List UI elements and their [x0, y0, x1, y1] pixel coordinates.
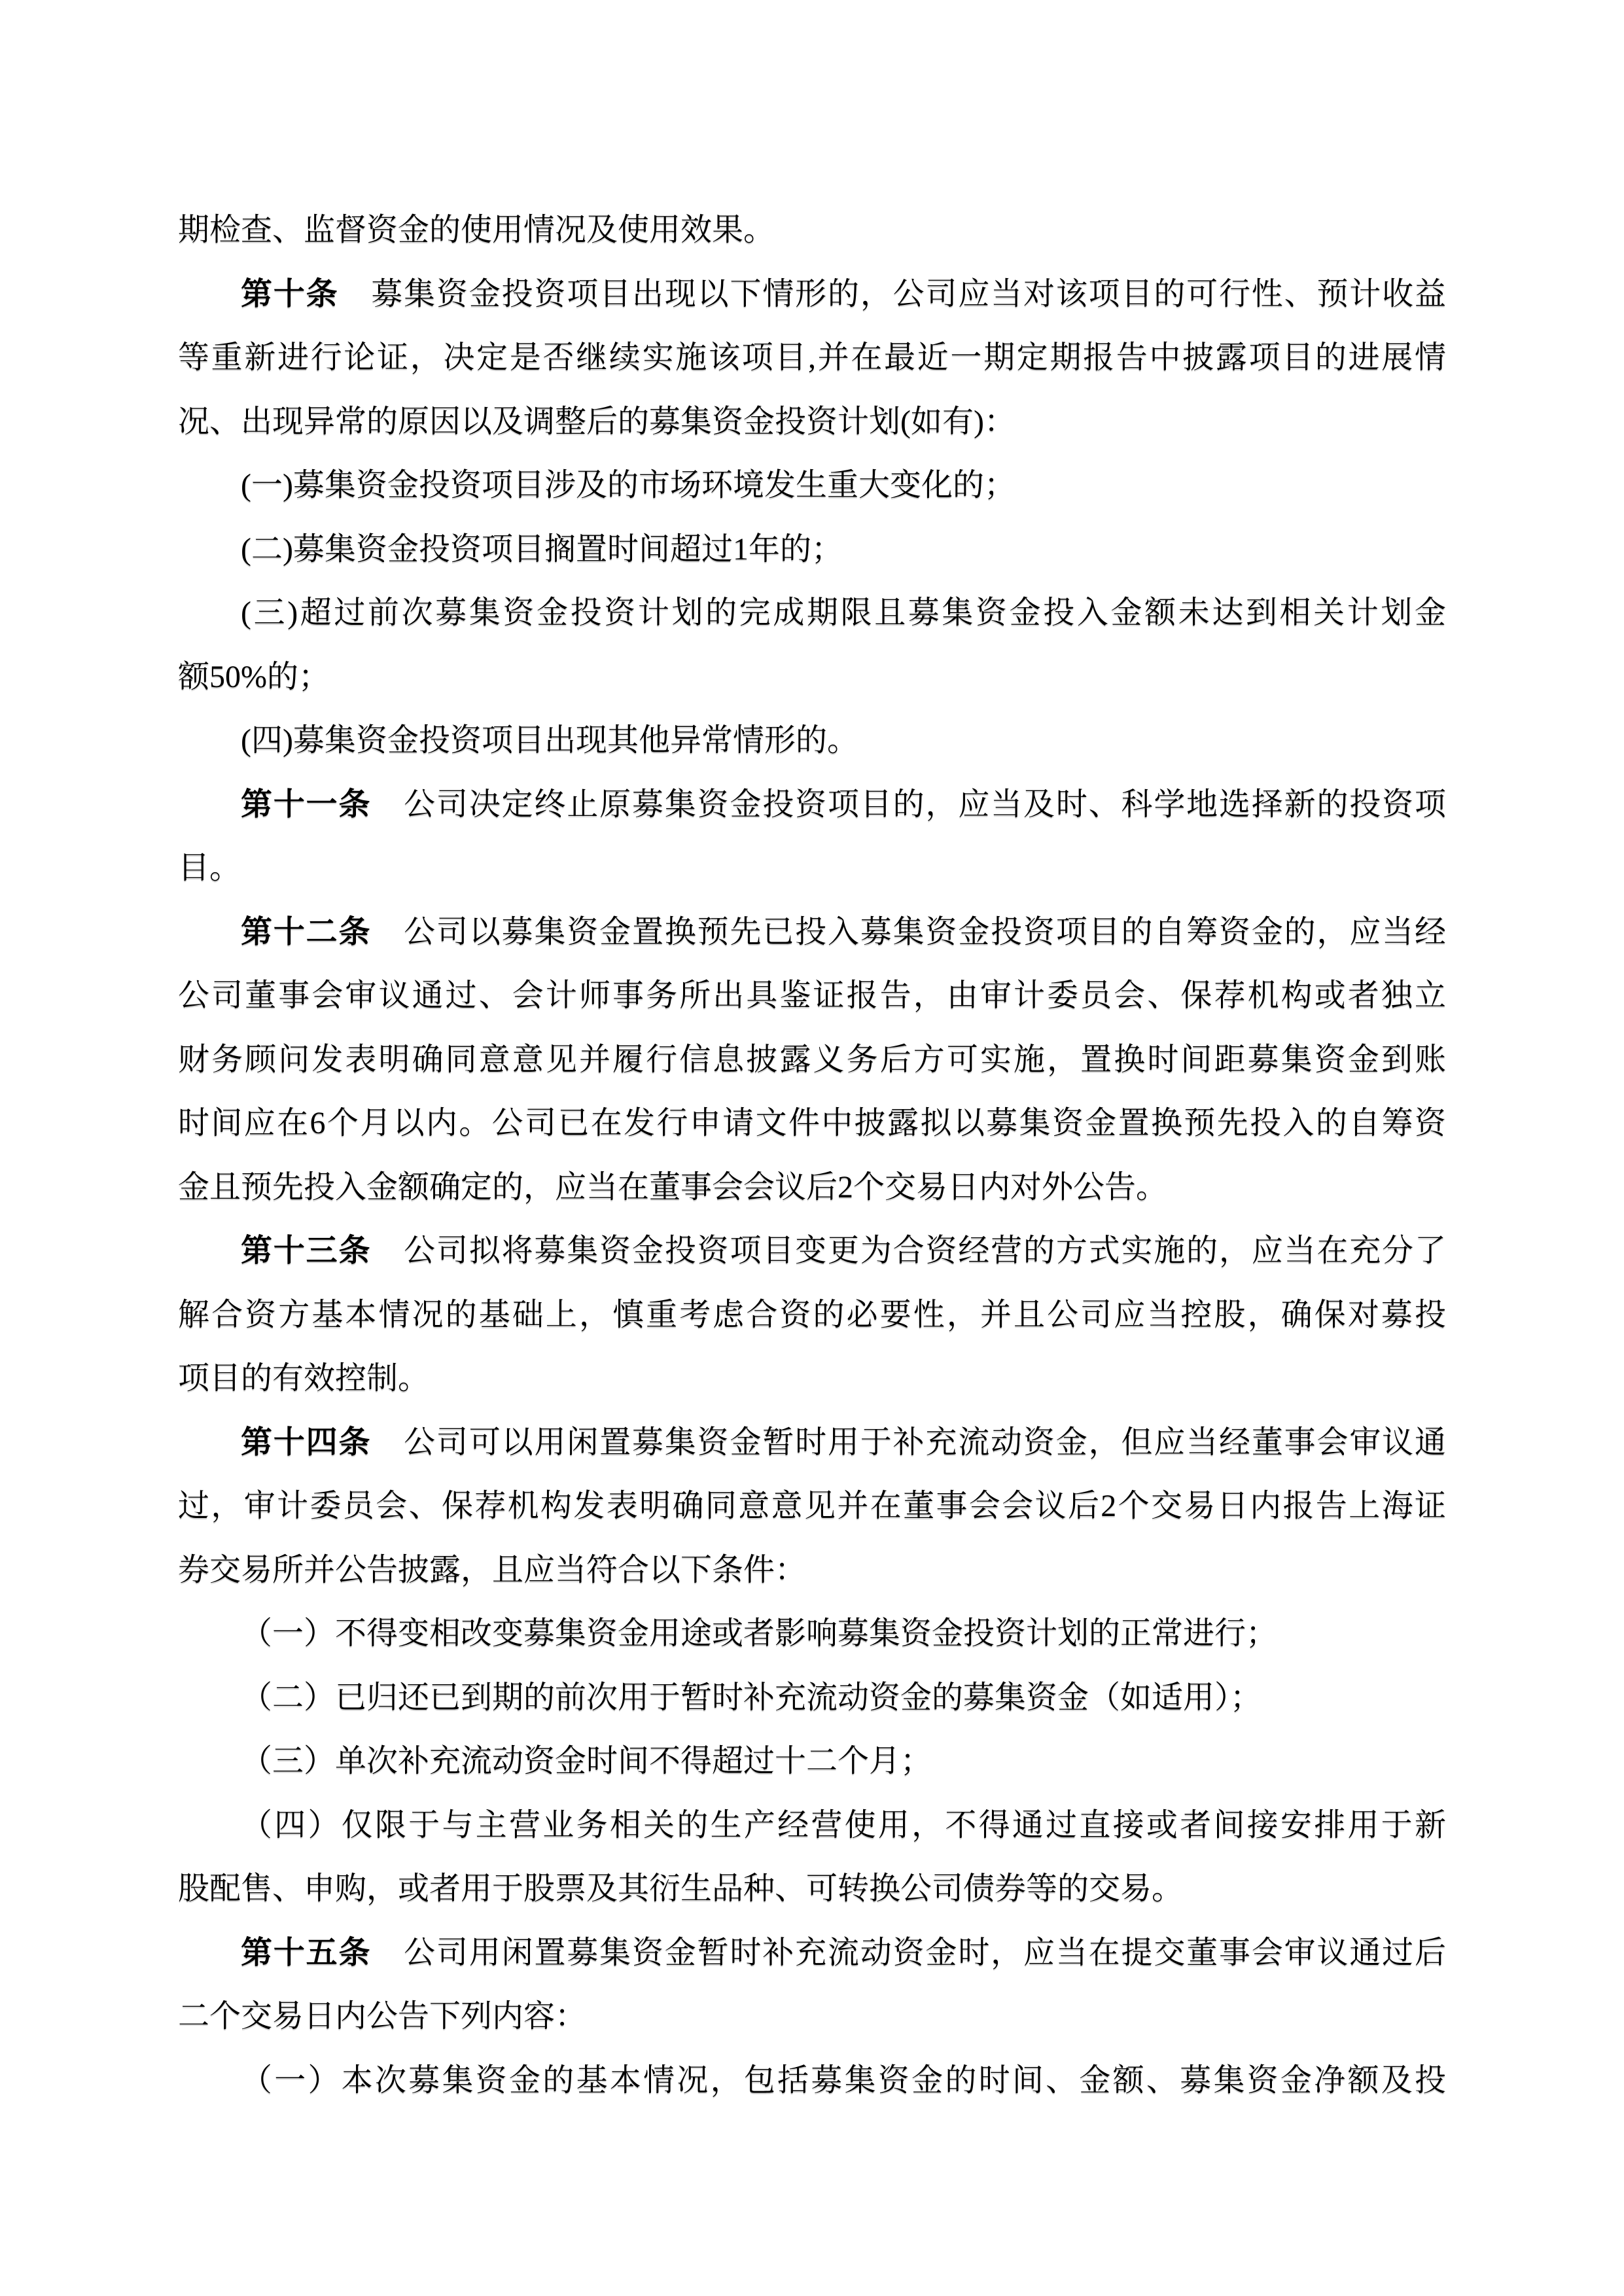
text-line: 第十条 募集资金投资项目出现以下情形的，公司应当对该项目的可行性、预计收益	[178, 262, 1446, 327]
line-text: （三）单次补充流动资金时间不得超过十二个月；	[241, 1744, 932, 1778]
line-text: 股配售、申购，或者用于股票及其衍生品种、可转换公司债券等的交易。	[178, 1871, 1183, 1906]
text-line: 第十一条 公司决定终止原募集资金投资项目的，应当及时、科学地选择新的投资项	[178, 773, 1446, 837]
text-line: （一）本次募集资金的基本情况，包括募集资金的时间、金额、募集资金净额及投	[178, 2049, 1446, 2113]
text-line: 解合资方基本情况的基础上，慎重考虑合资的必要性，并且公司应当控股，确保对募投	[178, 1283, 1446, 1347]
text-line: （四）仅限于与主营业务相关的生产经营使用，不得通过直接或者间接安排用于新	[178, 1793, 1446, 1858]
line-text: 时间应在6个月以内。公司已在发行申请文件中披露拟以募集资金置换预先投入的自筹资	[178, 1106, 1446, 1140]
line-text: 过，审计委员会、保荐机构发表明确同意意见并在董事会会议后2个交易日内报告上海证	[178, 1489, 1446, 1523]
line-text: (二)募集资金投资项目搁置时间超过1年的；	[241, 532, 843, 567]
text-line: (四)募集资金投资项目出现其他异常情形的。	[178, 709, 1446, 773]
line-text: 金且预先投入金额确定的，应当在董事会会议后2个交易日内对外公告。	[178, 1170, 1167, 1205]
text-line: （三）单次补充流动资金时间不得超过十二个月；	[178, 1729, 1446, 1793]
line-text: (四)募集资金投资项目出现其他异常情形的。	[241, 723, 858, 758]
text-line: 财务顾问发表明确同意意见并履行信息披露义务后方可实施，置换时间距募集资金到账	[178, 1028, 1446, 1092]
line-text: 募集资金投资项目出现以下情形的，公司应当对该项目的可行性、预计收益	[339, 277, 1446, 311]
text-line: 时间应在6个月以内。公司已在发行申请文件中披露拟以募集资金置换预先投入的自筹资	[178, 1091, 1446, 1156]
text-line: 金且预先投入金额确定的，应当在董事会会议后2个交易日内对外公告。	[178, 1156, 1446, 1220]
line-text: 二个交易日内公告下列内容：	[178, 1999, 586, 2034]
text-line: （一）不得变相改变募集资金用途或者影响募集资金投资计划的正常进行；	[178, 1602, 1446, 1666]
document-content: 期检查、监督资金的使用情况及使用效果。 第十条 募集资金投资项目出现以下情形的，…	[178, 198, 1446, 2112]
article-number: 第十一条	[241, 787, 371, 822]
document-page: 期检查、监督资金的使用情况及使用效果。 第十条 募集资金投资项目出现以下情形的，…	[0, 0, 1624, 2296]
line-text: 况、出现异常的原因以及调整后的募集资金投资计划(如有)：	[178, 404, 1015, 439]
line-text: (一)募集资金投资项目涉及的市场环境发生重大变化的；	[241, 468, 1015, 503]
line-text: 公司董事会审议通过、会计师事务所出具鉴证报告，由审计委员会、保荐机构或者独立	[178, 978, 1446, 1013]
line-text: 公司用闲置募集资金暂时补充流动资金时，应当在提交董事会审议通过后	[371, 1935, 1446, 1970]
text-line: 第十五条 公司用闲置募集资金暂时补充流动资金时，应当在提交董事会审议通过后	[178, 1921, 1446, 1985]
line-text: 目。	[178, 851, 241, 885]
line-text: 项目的有效控制。	[178, 1361, 429, 1396]
line-text: 额50%的；	[178, 660, 330, 694]
line-text: 期检查、监督资金的使用情况及使用效果。	[178, 213, 775, 247]
text-line: (二)募集资金投资项目搁置时间超过1年的；	[178, 518, 1446, 582]
line-text: 公司以募集资金置换预先已投入募集资金投资项目的自筹资金的，应当经	[371, 915, 1446, 949]
line-text: 公司可以用闲置募集资金暂时用于补充流动资金，但应当经董事会审议通	[371, 1425, 1446, 1460]
article-number: 第十五条	[241, 1935, 371, 1970]
line-text: (三)超过前次募集资金投资计划的完成期限且募集资金投入金额未达到相关计划金	[241, 595, 1446, 630]
line-text: 公司拟将募集资金投资项目变更为合资经营的方式实施的，应当在充分了	[371, 1233, 1446, 1268]
text-line: 期检查、监督资金的使用情况及使用效果。	[178, 198, 1446, 262]
article-number: 第十三条	[241, 1233, 371, 1268]
line-text: （二）已归还已到期的前次用于暂时补充流动资金的募集资金（如适用）；	[241, 1680, 1262, 1715]
text-line: 目。	[178, 836, 1446, 900]
text-line: 第十四条 公司可以用闲置募集资金暂时用于补充流动资金，但应当经董事会审议通	[178, 1411, 1446, 1475]
line-text: 公司决定终止原募集资金投资项目的，应当及时、科学地选择新的投资项	[371, 787, 1446, 822]
line-text: （一）不得变相改变募集资金用途或者影响募集资金投资计划的正常进行；	[241, 1616, 1277, 1651]
line-text: （一）本次募集资金的基本情况，包括募集资金的时间、金额、募集资金净额及投	[241, 2063, 1446, 2098]
line-text: 解合资方基本情况的基础上，慎重考虑合资的必要性，并且公司应当控股，确保对募投	[178, 1298, 1446, 1332]
line-text: （四）仅限于与主营业务相关的生产经营使用，不得通过直接或者间接安排用于新	[241, 1808, 1446, 1843]
text-line: (三)超过前次募集资金投资计划的完成期限且募集资金投入金额未达到相关计划金	[178, 581, 1446, 645]
text-line: 过，审计委员会、保荐机构发表明确同意意见并在董事会会议后2个交易日内报告上海证	[178, 1474, 1446, 1538]
text-line: 额50%的；	[178, 645, 1446, 709]
text-line: 等重新进行论证，决定是否继续实施该项目,并在最近一期定期报告中披露项目的进展情	[178, 326, 1446, 390]
article-number: 第十二条	[241, 915, 371, 949]
text-line: 第十二条 公司以募集资金置换预先已投入募集资金投资项目的自筹资金的，应当经	[178, 900, 1446, 964]
text-line: (一)募集资金投资项目涉及的市场环境发生重大变化的；	[178, 453, 1446, 518]
text-line: 第十三条 公司拟将募集资金投资项目变更为合资经营的方式实施的，应当在充分了	[178, 1219, 1446, 1283]
article-number: 第十条	[241, 277, 339, 311]
line-text: 财务顾问发表明确同意意见并履行信息披露义务后方可实施，置换时间距募集资金到账	[178, 1042, 1446, 1077]
text-line: 况、出现异常的原因以及调整后的募集资金投资计划(如有)：	[178, 390, 1446, 454]
text-line: 公司董事会审议通过、会计师事务所出具鉴证报告，由审计委员会、保荐机构或者独立	[178, 964, 1446, 1028]
text-line: 项目的有效控制。	[178, 1347, 1446, 1411]
text-line: 股配售、申购，或者用于股票及其衍生品种、可转换公司债券等的交易。	[178, 1857, 1446, 1921]
text-line: （二）已归还已到期的前次用于暂时补充流动资金的募集资金（如适用）；	[178, 1666, 1446, 1730]
line-text: 等重新进行论证，决定是否继续实施该项目,并在最近一期定期报告中披露项目的进展情	[178, 340, 1446, 375]
text-line: 二个交易日内公告下列内容：	[178, 1985, 1446, 2049]
text-line: 券交易所并公告披露，且应当符合以下条件：	[178, 1538, 1446, 1602]
line-text: 券交易所并公告披露，且应当符合以下条件：	[178, 1553, 806, 1587]
article-number: 第十四条	[241, 1425, 371, 1460]
